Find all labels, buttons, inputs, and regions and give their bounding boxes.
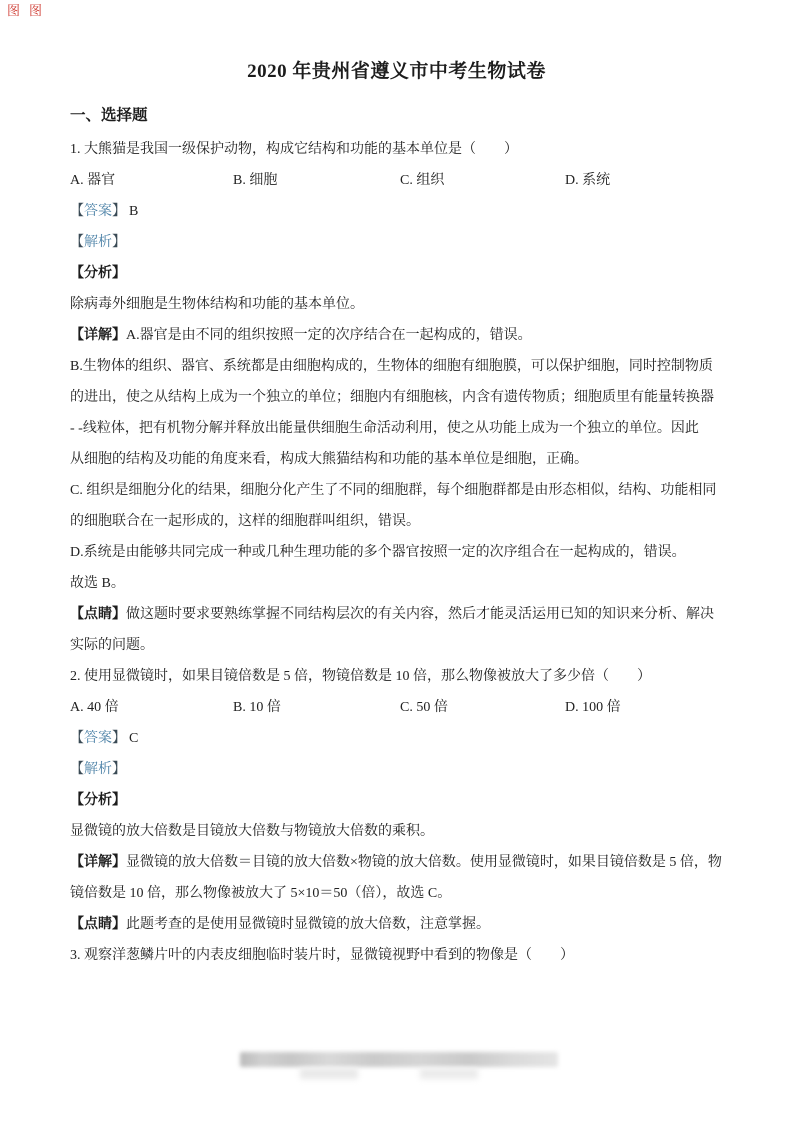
jiexi-label: 【解析】 — [70, 235, 126, 250]
answer-label: 【答案】 — [70, 731, 126, 746]
question-1-option-b: B. 细胞 — [233, 165, 400, 196]
question-1-tip-line-1: 【点睛】做这题时要求要熟练掌握不同结构层次的有关内容，然后才能灵活运用已知的知识… — [70, 599, 723, 630]
question-1-option-c: C. 组织 — [400, 165, 565, 196]
question-2-fenxi-line: 【分析】 — [70, 785, 723, 816]
question-1-detail-line-2: B.生物体的组织、器官、系统都是由细胞构成的，生物体的细胞有细胞膜，可以保护细胞… — [70, 351, 723, 382]
question-3-stem: 3. 观察洋葱鳞片叶的内表皮细胞临时装片时，显微镜视野中看到的物像是（ ） — [70, 940, 723, 971]
blurred-watermark-blob — [300, 1068, 358, 1079]
question-2-analysis: 显微镜的放大倍数是目镜放大倍数与物镜放大倍数的乘积。 — [70, 816, 723, 847]
exam-paper-page: 图图 2020 年贵州省遵义市中考生物试卷 一、选择题 1. 大熊猫是我国一级保… — [0, 0, 793, 1122]
question-2-option-a: A. 40 倍 — [70, 692, 233, 723]
question-1-answer-line: 【答案】B — [70, 196, 723, 227]
document-content: 2020 年贵州省遵义市中考生物试卷 一、选择题 1. 大熊猫是我国一级保护动物… — [70, 54, 723, 971]
question-2-option-c: C. 50 倍 — [400, 692, 565, 723]
question-1-conclusion: 故选 B。 — [70, 568, 723, 599]
question-1-analysis: 除病毒外细胞是生物体结构和功能的基本单位。 — [70, 289, 723, 320]
fenxi-label: 【分析】 — [70, 266, 126, 281]
dianjing-label: 【点睛】 — [70, 917, 126, 932]
red-corner-marks: 图图 — [7, 3, 51, 18]
question-2-jiexi-line: 【解析】 — [70, 754, 723, 785]
section-heading: 一、选择题 — [70, 102, 723, 130]
blurred-watermark — [240, 1052, 558, 1067]
xiangjie-label: 【详解】 — [70, 855, 126, 870]
question-1-jiexi-line: 【解析】 — [70, 227, 723, 258]
question-2-tip-line: 【点睛】此题考查的是使用显微镜时显微镜的放大倍数，注意掌握。 — [70, 909, 723, 940]
question-2-stem: 2. 使用显微镜时，如果目镜倍数是 5 倍，物镜倍数是 10 倍，那么物像被放大… — [70, 661, 723, 692]
question-1-options: A. 器官 B. 细胞 C. 组织 D. 系统 — [70, 165, 723, 196]
question-1-fenxi-line: 【分析】 — [70, 258, 723, 289]
question-2-answer-line: 【答案】C — [70, 723, 723, 754]
question-2-options: A. 40 倍 B. 10 倍 C. 50 倍 D. 100 倍 — [70, 692, 723, 723]
question-1-detail-line-7: 的细胞联合在一起形成的，这样的细胞群叫组织，错误。 — [70, 506, 723, 537]
question-1-detail-line-6: C. 组织是细胞分化的结果，细胞分化产生了不同的细胞群，每个细胞群都是由形态相似… — [70, 475, 723, 506]
question-1-option-d: D. 系统 — [565, 165, 723, 196]
question-1-detail-line-1: 【详解】A.器官是由不同的组织按照一定的次序结合在一起构成的，错误。 — [70, 320, 723, 351]
xiangjie-label: 【详解】 — [70, 328, 126, 343]
question-1-detail-line-4: - -线粒体，把有机物分解并释放出能量供细胞生命活动利用，使之从功能上成为一个独… — [70, 413, 723, 444]
blurred-watermark-blob — [420, 1068, 478, 1079]
question-1-tip-line-2: 实际的问题。 — [70, 630, 723, 661]
answer-label: 【答案】 — [70, 204, 126, 219]
fenxi-label: 【分析】 — [70, 793, 126, 808]
question-2-option-b: B. 10 倍 — [233, 692, 400, 723]
jiexi-label: 【解析】 — [70, 762, 126, 777]
question-1-answer: B — [129, 204, 138, 219]
question-2-answer: C — [129, 731, 138, 746]
question-1-detail-line-8: D.系统是由能够共同完成一种或几种生理功能的多个器官按照一定的次序组合在一起构成… — [70, 537, 723, 568]
page-title: 2020 年贵州省遵义市中考生物试卷 — [70, 54, 723, 90]
question-2-option-d: D. 100 倍 — [565, 692, 723, 723]
question-1-option-a: A. 器官 — [70, 165, 233, 196]
question-1-detail-line-5: 从细胞的结构及功能的角度来看，构成大熊猫结构和功能的基本单位是细胞，正确。 — [70, 444, 723, 475]
question-2-detail-line-1: 【详解】显微镜的放大倍数＝目镜的放大倍数×物镜的放大倍数。使用显微镜时，如果目镜… — [70, 847, 723, 878]
document-body: 1. 大熊猫是我国一级保护动物，构成它结构和功能的基本单位是（ ） A. 器官 … — [70, 134, 723, 971]
question-1-stem: 1. 大熊猫是我国一级保护动物，构成它结构和功能的基本单位是（ ） — [70, 134, 723, 165]
dianjing-label: 【点睛】 — [70, 607, 126, 622]
question-2-detail-line-2: 镜倍数是 10 倍，那么物像被放大了 5×10＝50（倍），故选 C。 — [70, 878, 723, 909]
question-1-detail-line-3: 的进出，使之从结构上成为一个独立的单位；细胞内有细胞核，内含有遗传物质；细胞质里… — [70, 382, 723, 413]
